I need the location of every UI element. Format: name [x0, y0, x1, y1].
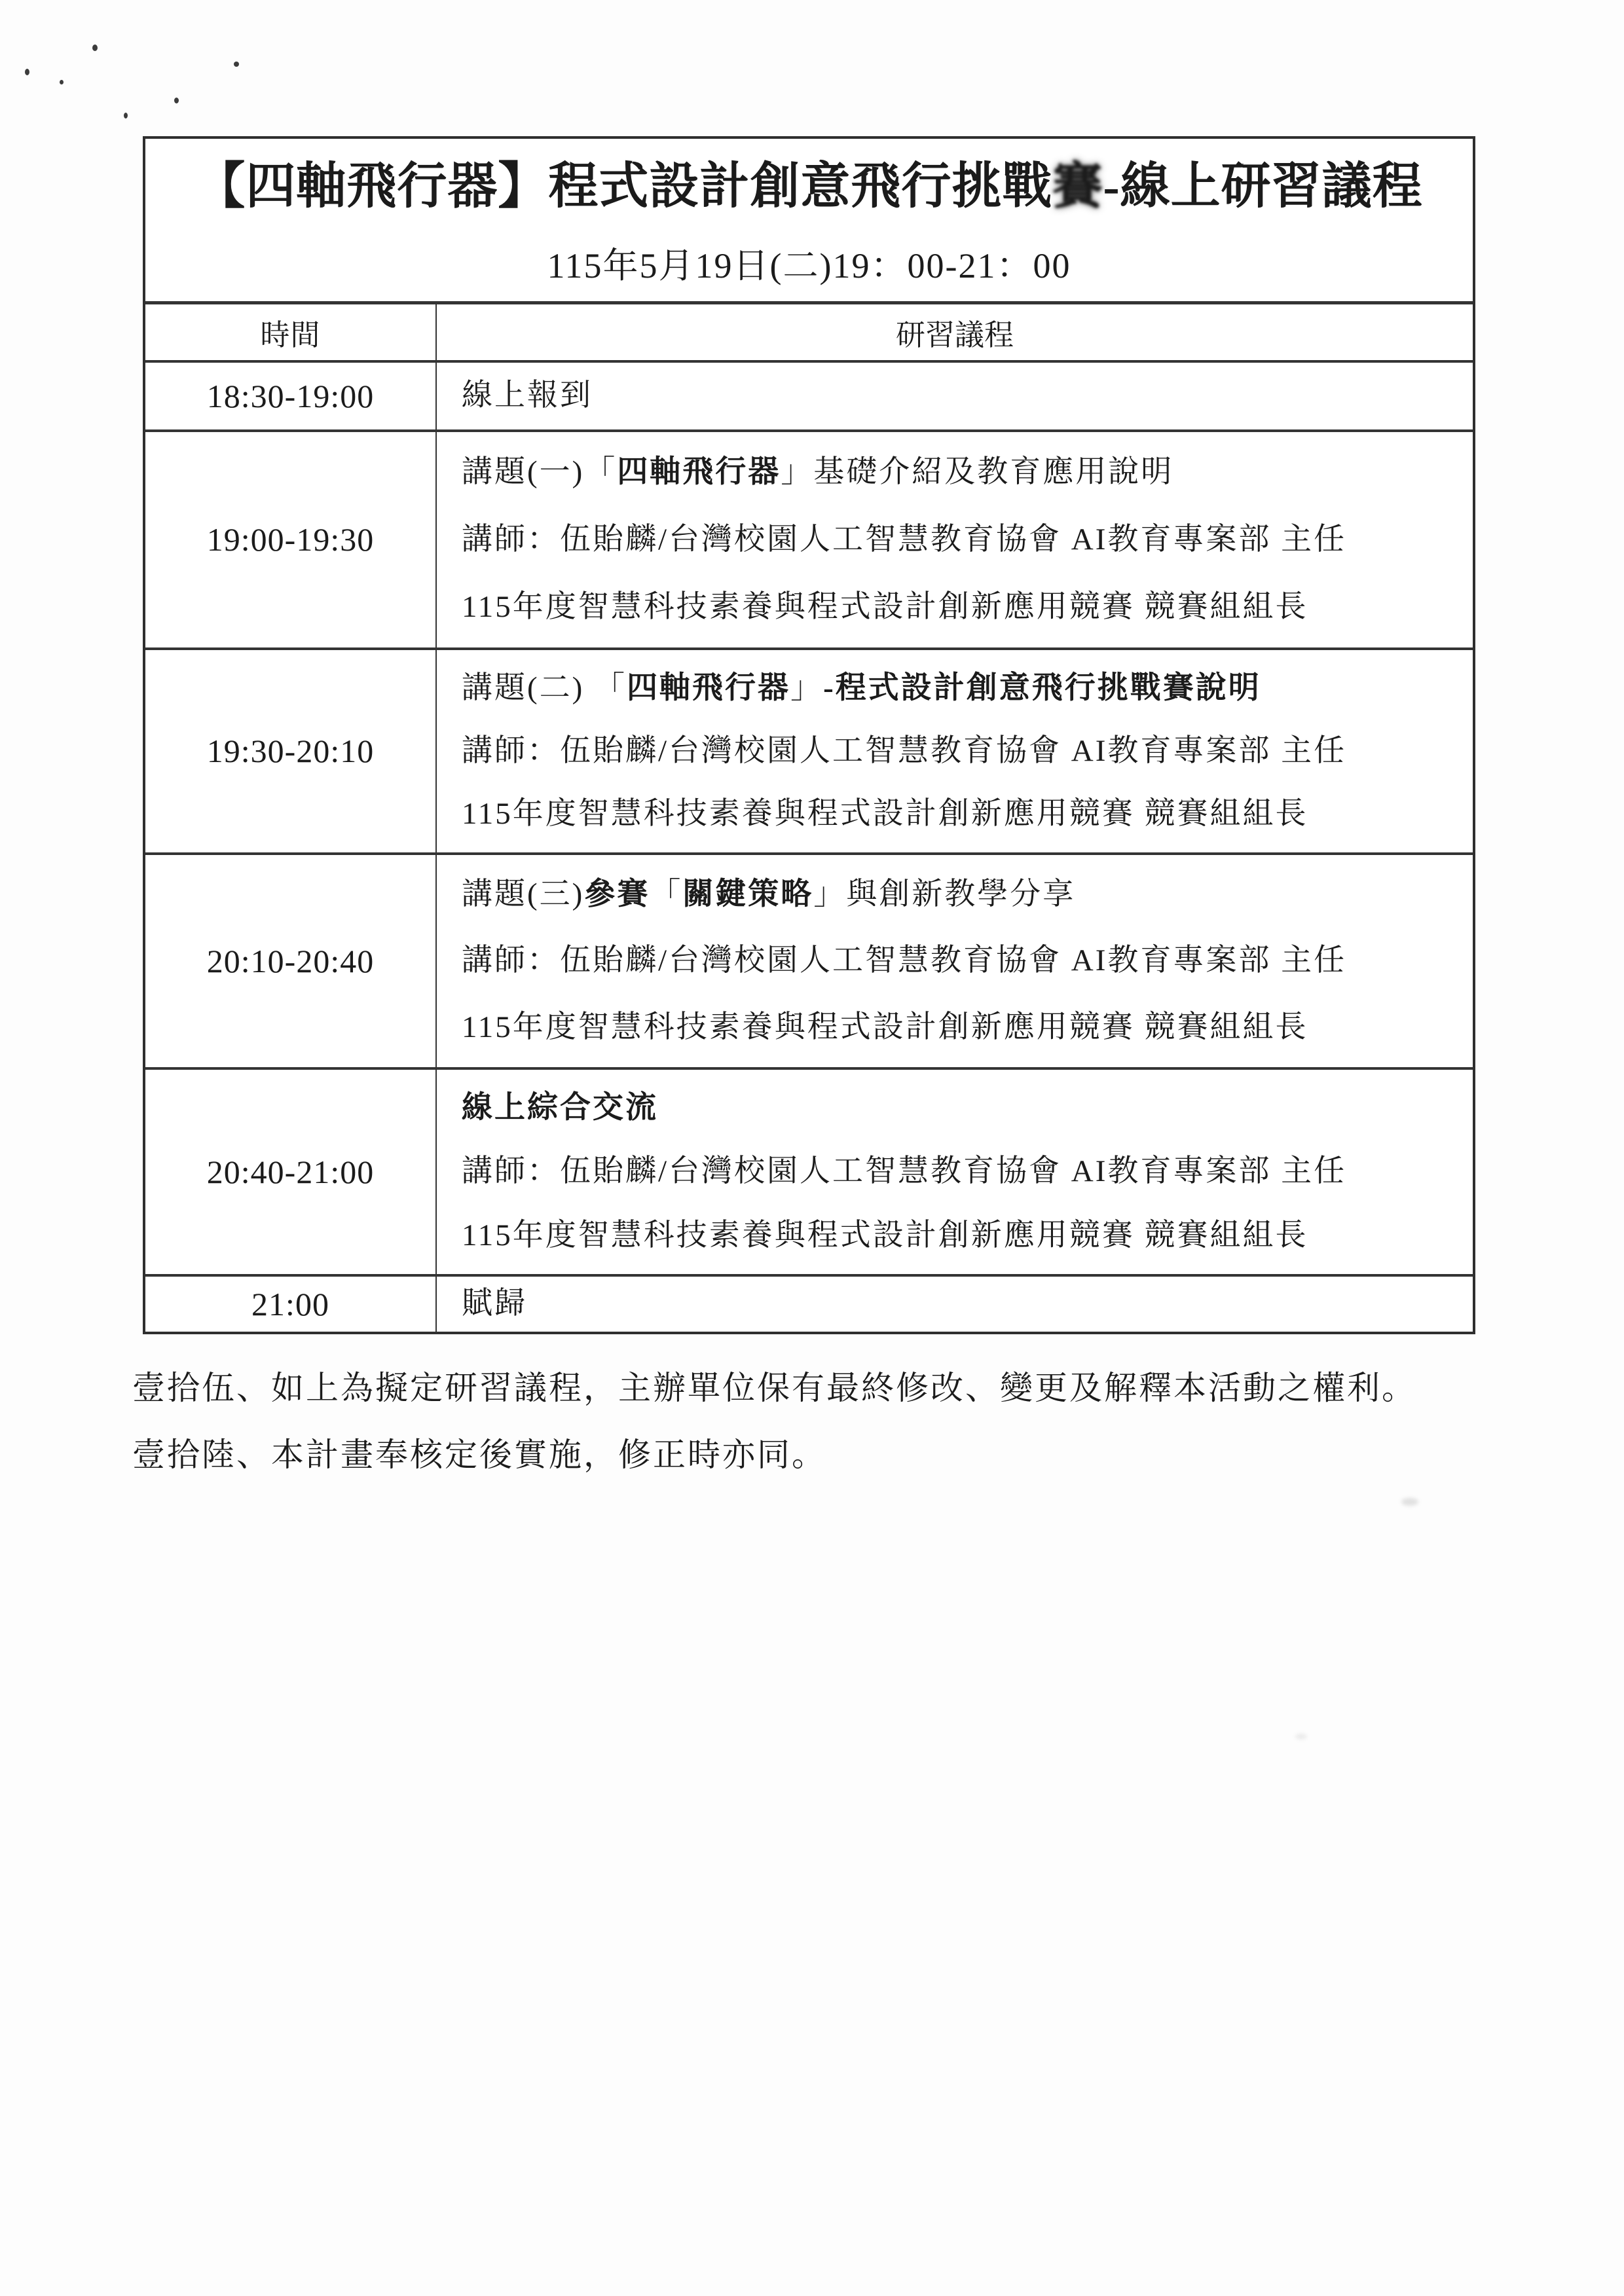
text-segment: 講師：伍貽麟/台灣校園人工智慧教育協會 AI教育專案部 主任	[462, 734, 1346, 768]
scanned-page: { "colors": { "ink": "#1b1b1b", "border"…	[0, 0, 1624, 2296]
scan-speck	[92, 45, 98, 51]
footer-line-16: 壹拾陸、本計畫奉核定後實施，修正時亦同。	[132, 1436, 1547, 1474]
text-segment: -程式設計創意飛行挑戰賽說明	[823, 671, 1261, 705]
table-row: 21:00賦歸	[145, 1274, 1473, 1332]
text-segment: 」	[790, 671, 823, 705]
session-date: 115年5月19日(二)19：00-21：00	[152, 238, 1466, 288]
text-segment: 關鍵策略	[682, 877, 813, 911]
agenda-line: 講題(一)「四軸飛行器」基礎介紹及教育應用說明	[462, 453, 1460, 492]
agenda-table: 【四軸飛行器】程式設計創意飛行挑戰賽-線上研習議程 115年5月19日(二)19…	[143, 136, 1475, 1334]
agenda-cell: 講題(二) 「四軸飛行器」-程式設計創意飛行挑戰賽說明講師：伍貽麟/台灣校園人工…	[437, 650, 1473, 852]
agenda-line: 講師：伍貽麟/台灣校園人工智慧教育協會 AI教育專案部 主任	[462, 941, 1460, 980]
time-cell: 19:30-20:10	[145, 650, 437, 852]
title-text-segment: 【四軸飛行器】程式設計創意飛行挑戰	[195, 159, 1052, 214]
text-segment: 115年度智慧科技素養與程式設計創新應用競賽 競賽組組長	[462, 590, 1308, 624]
text-segment: 115年度智慧科技素養與程式設計創新應用競賽 競賽組組長	[462, 797, 1308, 831]
footer-note: 壹拾伍、如上為擬定研習議程，主辦單位保有最終修改、變更及解釋本活動之權利。 壹拾…	[132, 1370, 1547, 1474]
agenda-line: 講師：伍貽麟/台灣校園人工智慧教育協會 AI教育專案部 主任	[462, 1152, 1460, 1191]
document-title: 【四軸飛行器】程式設計創意飛行挑戰賽-線上研習議程	[152, 155, 1466, 219]
text-segment: 講題(一)「	[462, 455, 617, 489]
agenda-line: 115年度智慧科技素養與程式設計創新應用競賽 競賽組組長	[462, 1008, 1460, 1047]
table-row: 19:00-19:30講題(一)「四軸飛行器」基礎介紹及教育應用說明講師：伍貽麟…	[145, 429, 1473, 647]
text-segment: 」基礎介紹及教育應用說明	[781, 455, 1173, 489]
text-segment: 」與創新教學分享	[813, 877, 1075, 911]
text-segment: 講題(二) 「	[462, 671, 627, 705]
agenda-cell: 賦歸	[437, 1277, 1473, 1332]
time-cell: 18:30-19:00	[145, 363, 437, 429]
agenda-line: 115年度智慧科技素養與程式設計創新應用競賽 競賽組組長	[462, 588, 1460, 627]
scan-smudge	[1295, 1734, 1307, 1740]
agenda-line: 講題(三)參賽「關鍵策略」與創新教學分享	[462, 875, 1460, 914]
text-segment: 115年度智慧科技素養與程式設計創新應用競賽 競賽組組長	[462, 1010, 1308, 1044]
text-segment: 線上報到	[462, 378, 593, 412]
text-segment: 講師：伍貽麟/台灣校園人工智慧教育協會 AI教育專案部 主任	[462, 1154, 1346, 1188]
scan-speck	[234, 62, 239, 67]
text-segment: 四軸飛行器	[627, 671, 790, 705]
table-header-row: 時間 研習議程	[145, 301, 1473, 360]
time-column-header: 時間	[145, 304, 437, 360]
scan-speck	[60, 80, 64, 84]
table-row: 20:10-20:40講題(三)參賽「關鍵策略」與創新教學分享講師：伍貽麟/台灣…	[145, 852, 1473, 1067]
agenda-line: 講題(二) 「四軸飛行器」-程式設計創意飛行挑戰賽說明	[462, 669, 1460, 708]
agenda-line: 講師：伍貽麟/台灣校園人工智慧教育協會 AI教育專案部 主任	[462, 732, 1460, 771]
text-segment: 「	[650, 877, 682, 911]
agenda-line: 線上綜合交流	[462, 1089, 1460, 1127]
footer-line-15: 壹拾伍、如上為擬定研習議程，主辦單位保有最終修改、變更及解釋本活動之權利。	[132, 1370, 1547, 1408]
text-segment: 賦歸	[462, 1286, 527, 1321]
time-cell: 20:40-21:00	[145, 1070, 437, 1274]
agenda-cell: 線上綜合交流講師：伍貽麟/台灣校園人工智慧教育協會 AI教育專案部 主任115年…	[437, 1070, 1473, 1274]
scan-speck	[174, 98, 179, 103]
title-block: 【四軸飛行器】程式設計創意飛行挑戰賽-線上研習議程 115年5月19日(二)19…	[145, 139, 1473, 301]
table-row: 18:30-19:00線上報到	[145, 360, 1473, 429]
text-segment: 講題(三)	[462, 877, 584, 911]
agenda-line: 115年度智慧科技素養與程式設計創新應用競賽 競賽組組長	[462, 795, 1460, 833]
agenda-cell: 講題(三)參賽「關鍵策略」與創新教學分享講師：伍貽麟/台灣校園人工智慧教育協會 …	[437, 855, 1473, 1067]
table-row: 19:30-20:10講題(二) 「四軸飛行器」-程式設計創意飛行挑戰賽說明講師…	[145, 647, 1473, 852]
scan-speck	[124, 113, 128, 118]
time-cell: 21:00	[145, 1277, 437, 1332]
agenda-line: 講師：伍貽麟/台灣校園人工智慧教育協會 AI教育專案部 主任	[462, 520, 1460, 559]
text-segment: 115年度智慧科技素養與程式設計創新應用競賽 競賽組組長	[462, 1218, 1308, 1252]
time-cell: 20:10-20:40	[145, 855, 437, 1067]
scan-smudge	[1401, 1498, 1418, 1506]
agenda-line: 賦歸	[462, 1285, 1460, 1323]
title-smudged-char: 賽	[1052, 159, 1103, 214]
text-segment: 講師：伍貽麟/台灣校園人工智慧教育協會 AI教育專案部 主任	[462, 522, 1346, 556]
agenda-column-header: 研習議程	[437, 304, 1473, 360]
scan-speck	[25, 69, 29, 75]
time-cell: 19:00-19:30	[145, 432, 437, 647]
agenda-line: 線上報到	[462, 376, 1460, 415]
text-segment: 四軸飛行器	[617, 455, 781, 489]
text-segment: 參賽	[584, 877, 650, 911]
agenda-cell: 線上報到	[437, 363, 1473, 429]
text-segment: 講師：伍貽麟/台灣校園人工智慧教育協會 AI教育專案部 主任	[462, 943, 1346, 977]
agenda-cell: 講題(一)「四軸飛行器」基礎介紹及教育應用說明講師：伍貽麟/台灣校園人工智慧教育…	[437, 432, 1473, 647]
agenda-line: 115年度智慧科技素養與程式設計創新應用競賽 競賽組組長	[462, 1216, 1460, 1255]
table-body: 18:30-19:00線上報到19:00-19:30講題(一)「四軸飛行器」基礎…	[145, 360, 1473, 1332]
title-text-segment: -線上研習議程	[1103, 159, 1422, 214]
table-row: 20:40-21:00線上綜合交流講師：伍貽麟/台灣校園人工智慧教育協會 AI教…	[145, 1067, 1473, 1274]
text-segment: 線上綜合交流	[462, 1091, 658, 1125]
